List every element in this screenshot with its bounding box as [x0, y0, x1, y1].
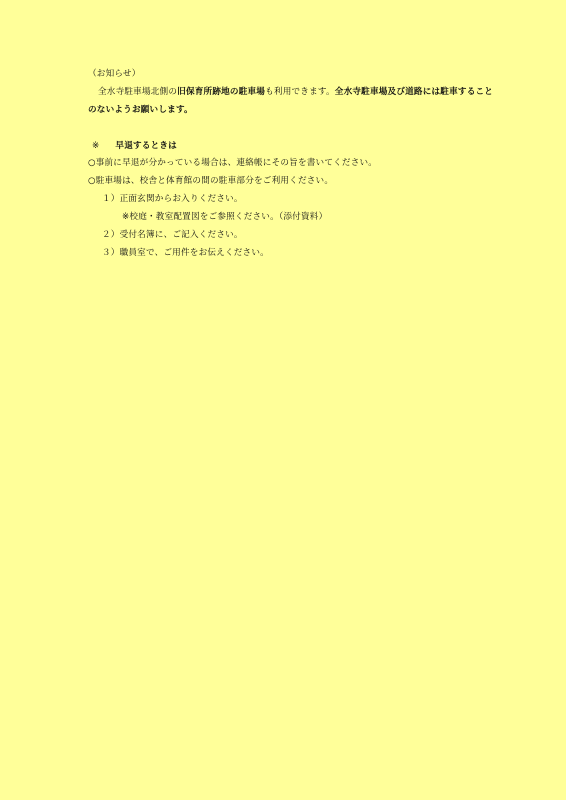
- notice-text: も利用できます。: [265, 87, 335, 97]
- early-leave-title: 早退するときは: [115, 141, 177, 151]
- early-leave-heading: ※早退するときは: [92, 140, 177, 152]
- notice-paragraph-line-1: 全水寺駐車場北側の旧保育所跡地の駐車場も利用できます。全水寺駐車場及び道路には駐…: [98, 86, 493, 98]
- step-1-note: ※校庭・教室配置図をご参照ください。（添付資料）: [122, 211, 327, 223]
- reference-mark: ※: [92, 141, 99, 151]
- step-2: ２）受付名簿に、ご記入ください。: [102, 229, 243, 241]
- step-text: 正面玄関からお入りください。: [120, 194, 243, 204]
- early-leave-item-2: ○駐車場は、校舎と体育館の間の駐車部分をご利用ください。: [88, 175, 333, 187]
- notice-text: 全水寺駐車場北側の: [98, 87, 177, 97]
- step-text: 職員室で、ご用件をお伝えください。: [120, 248, 269, 258]
- notice-emphasis-warning: 全水寺駐車場及び道路には駐車すること: [335, 87, 493, 97]
- notice-emphasis-lot: 旧保育所跡地の駐車場: [177, 87, 265, 97]
- notice-paragraph-line-2: のないようお願いします。: [88, 104, 193, 116]
- step-number: ３）: [102, 248, 120, 258]
- notice-heading: （お知らせ）: [88, 68, 141, 80]
- step-text: 受付名簿に、ご記入ください。: [120, 230, 243, 240]
- early-leave-item-1: ○事前に早退が分かっている場合は、連絡帳にその旨を書いてください。: [88, 157, 377, 169]
- step-number: ２）: [102, 230, 120, 240]
- document-page: （お知らせ） 全水寺駐車場北側の旧保育所跡地の駐車場も利用できます。全水寺駐車場…: [0, 0, 566, 800]
- step-1: １）正面玄関からお入りください。: [102, 193, 243, 205]
- step-3: ３）職員室で、ご用件をお伝えください。: [102, 247, 269, 259]
- step-number: １）: [102, 194, 120, 204]
